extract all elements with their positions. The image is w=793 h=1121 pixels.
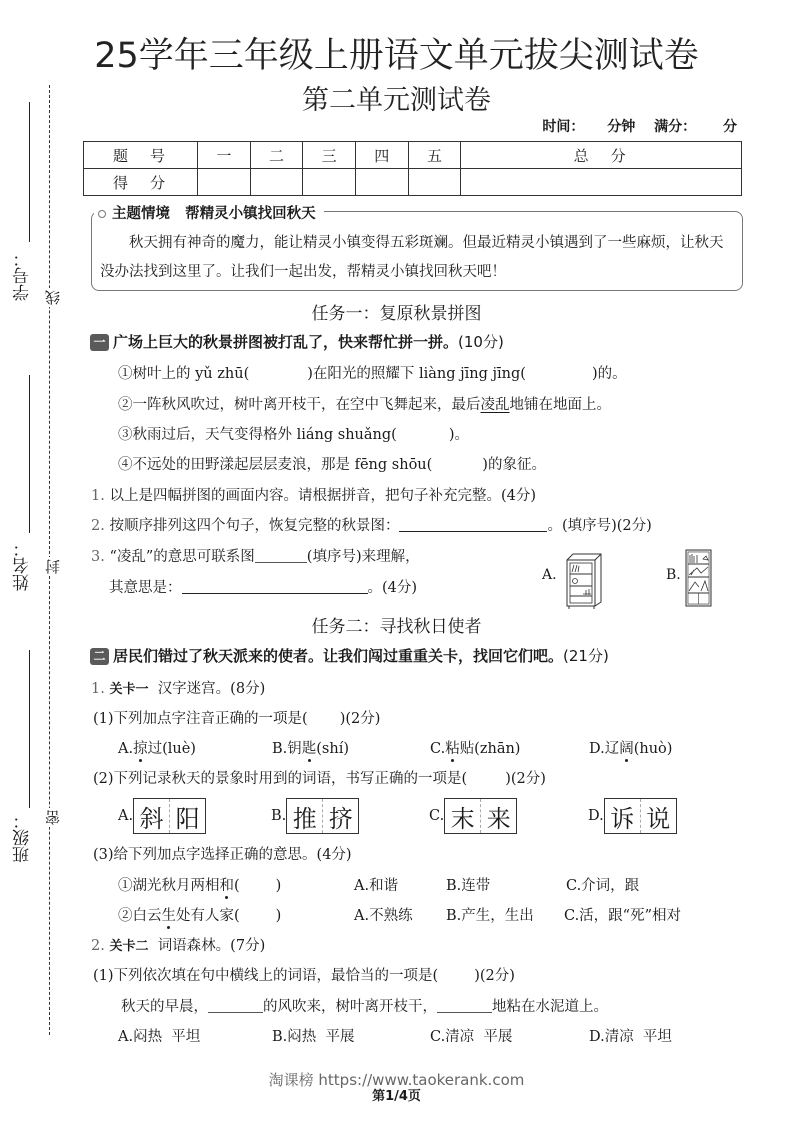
score-cell-5[interactable] [408,169,461,196]
level-1-q1: (1)下列加点字注音正确的一项是()(2分) [93,707,380,728]
level-1-q2-option-a[interactable]: A.斜阳 [118,798,206,834]
seal-char-feng: 封 [42,557,63,576]
question-text: “凌乱”的意思可联系图 [109,549,254,565]
sentence-3: ③秋雨过后，天气变得格外 liáng shuǎng()。 [118,423,469,444]
question-text: 按顺序排列这四个句子，恢复完整的秋景图： [109,518,399,534]
level-2-heading: 2. 关卡二 词语森林。(7分) [91,934,265,955]
question-number: 2. [91,518,105,534]
messy-bookshelf-icon [685,549,712,607]
student-id-field[interactable] [29,102,30,242]
score-unit: 分 [723,119,737,135]
sentence-1: ①树叶上的 yǔ zhū()在阳光的照耀下 liàng jīng jīng()的… [118,362,627,383]
question-text: 其意思是： [109,580,182,596]
q3-item-1-option-b: B.连带 [446,874,490,895]
level-number: 1. [91,681,105,697]
question-tail: )(2分) [340,711,381,727]
question-mid: (填序号)来理解， [307,549,420,565]
section-2-text: 居民们错过了秋天派来的使者。让我们闯过重重关卡，找回它们吧。 [113,647,563,665]
question-tail: 。(填序号)(2分) [547,518,651,534]
level-1-q1-option-d[interactable]: D.辽阔(huò) [589,737,672,758]
name-field[interactable] [29,375,30,533]
score-cell-4[interactable] [355,169,408,196]
question-text: (2)下列记录秋天的景象时用到的词语，书写正确的一项是( [93,771,467,787]
level-1-q3-item-2: ②白云生处有人家() [118,904,281,925]
page-number: 第1/4页 [0,1085,793,1104]
section-1-badge: 一 [90,334,109,351]
sentence-2-part-c: 地铺在地面上。 [510,397,612,413]
sentence-blank-1[interactable] [208,998,263,1013]
q3-item-2-option-a: A.不熟练 [354,904,413,925]
full-score-label: 满分： [654,119,696,135]
level-2-q1-option-a[interactable]: A.闷热 平坦 [118,1025,200,1046]
question-tail: )(2分) [474,968,515,984]
score-cell-total[interactable] [461,169,742,196]
page-subtitle: 第二单元测试卷 [0,78,793,117]
section-1-heading: 一广场上巨大的秋景拼图被打乱了，快来帮忙拼一拼。(10分) [90,331,504,352]
level-name: 关卡二 [109,939,148,954]
q3-item-1-option-c: C.介词，跟 [566,874,639,895]
score-cell-1[interactable] [198,169,251,196]
sentence-blank-2[interactable] [437,998,492,1013]
level-name: 关卡一 [109,682,148,697]
level-2-q1-option-d[interactable]: D.清凉 平坦 [589,1025,672,1046]
level-1-q3-item-1: ①湖光秋月两相和() [118,874,281,895]
col-4: 四 [355,142,408,169]
scenario-heading: 帮精灵小镇找回秋天 [185,206,316,222]
image-a-label: A. [542,567,557,583]
question-text: (1)下列依次填在句中横线上的词语，最恰当的一项是( [93,968,438,984]
sentence-4-part-a: ④不远处的田野漾起层层麦浪，那是 fēng shōu( [118,457,432,473]
level-1-q1-option-c[interactable]: C.粘贴(zhān) [430,737,520,758]
level-2-q1-option-b[interactable]: B.闷热 平展 [272,1025,354,1046]
sentence-2-part-a: ②一阵秋风吹过，树叶离开枝干，在空中飞舞起来，最后 [118,397,481,413]
scenario-label: 主题情境 [112,206,170,222]
question-text: 以上是四幅拼图的画面内容。请根据拼音，把句子补充完整。(4分) [109,488,536,504]
neat-bookshelf-icon [564,552,604,610]
scenario-title: 主题情境 帮精灵小镇找回秋天 [94,202,324,223]
col-5: 五 [408,142,461,169]
page-title: 25学年三年级上册语文单元拔尖测试卷 [0,28,793,78]
question-tail: )(2分) [505,771,546,787]
question-1-3-line2: 其意思是：。(4分) [109,576,417,597]
level-2-q1-option-c[interactable]: C.清凉 平展 [430,1025,512,1046]
col-2: 二 [250,142,303,169]
question-text: (1)下列加点字注音正确的一项是( [93,711,308,727]
level-text: 词语森林。(7分) [158,938,266,954]
section-2-badge: 二 [90,648,109,665]
level-2-q1: (1)下列依次填在句中横线上的词语，最恰当的一项是()(2分) [93,964,515,985]
score-table: 题号 一 二 三 四 五 总分 得分 [83,141,742,196]
question-tail: 。(4分) [368,580,418,596]
level-2-q1-sentence: 秋天的早晨，的风吹来，树叶离开枝干，地粘在水泥道上。 [121,995,608,1016]
score-table-header-row: 题号 一 二 三 四 五 总分 [84,142,742,169]
section-2-heading: 二居民们错过了秋天派来的使者。让我们闯过重重关卡，找回它们吧。(21分) [90,645,609,666]
sentence-3-part-a: ③秋雨过后，天气变得格外 liáng shuǎng( [118,427,397,443]
section-1-score: (10分) [458,333,504,351]
answer-blank-order[interactable] [399,517,547,532]
section-1-text: 广场上巨大的秋景拼图被打乱了，快来帮忙拼一拼。 [113,333,458,351]
sentence-2: ②一阵秋风吹过，树叶离开枝干，在空中飞舞起来，最后凌乱地铺在地面上。 [118,393,611,414]
underlined-word: 凌乱 [481,397,510,413]
sentence-3-part-c: )。 [449,427,469,443]
name-label: 姓名： [10,540,35,591]
q3-item-2-option-b: B.产生，生出 [446,904,534,925]
level-1-q3: (3)给下列加点字选择正确的意思。(4分) [93,843,352,864]
answer-blank-image[interactable] [255,548,307,563]
class-label: 班级： [10,812,35,863]
level-1-heading: 1. 关卡一 汉字迷宫。(8分) [91,677,265,698]
task1-title: 任务一：复原秋景拼图 [0,299,793,324]
sentence-4-part-c: )的象征。 [482,457,546,473]
q3-item-1-option-a: A.和谐 [354,874,398,895]
question-1-3: 3. “凌乱”的意思可联系图(填序号)来理解， [91,545,420,566]
student-id-label: 学号： [10,250,35,301]
class-field[interactable] [29,650,30,808]
image-b-label: B. [666,567,681,583]
col-3: 三 [303,142,356,169]
seal-char-mi: 密 [42,808,63,827]
level-1-q1-option-b[interactable]: B.钥匙(shí) [272,737,349,758]
sentence-1-part-c: )的。 [592,366,627,382]
q3-item-2-option-c: C.活，跟“死”相对 [564,904,681,925]
sentence-4: ④不远处的田野漾起层层麦浪，那是 fēng shōu()的象征。 [118,453,546,474]
task2-title: 任务二：寻找秋日使者 [0,612,793,637]
question-number: 1. [91,488,105,504]
time-label: 时间： [542,119,584,135]
score-cell-2[interactable] [250,169,303,196]
row-label-question-no: 题号 [84,142,198,169]
question-1-2: 2. 按顺序排列这四个句子，恢复完整的秋景图：。(填序号)(2分) [91,514,652,535]
row-label-score: 得分 [84,169,198,196]
level-text: 汉字迷宫。(8分) [158,681,266,697]
exam-meta: 时间： 分钟 满分： 分 [528,116,737,136]
sentence-1-part-a: ①树叶上的 yǔ zhū( [118,366,249,382]
score-table-score-row: 得分 [84,169,742,196]
scenario-text: 秋天拥有神奇的魔力，能让精灵小镇变得五彩斑斓。但最近精灵小镇遇到了一些麻烦，让秋… [100,229,730,287]
level-1-q2-option-c[interactable]: C.末来 [429,798,517,834]
score-cell-3[interactable] [303,169,356,196]
section-2-score: (21分) [563,647,609,665]
question-number: 3. [91,549,105,565]
level-1-q2-option-d[interactable]: D.诉说 [588,798,677,834]
answer-blank-meaning[interactable] [182,579,368,594]
col-1: 一 [198,142,251,169]
level-1-q2-option-b[interactable]: B.推挤 [271,798,359,834]
question-1-1: 1. 以上是四幅拼图的画面内容。请根据拼音，把句子补充完整。(4分) [91,484,536,505]
col-total: 总分 [461,142,742,169]
level-1-q2: (2)下列记录秋天的景象时用到的词语，书写正确的一项是()(2分) [93,767,546,788]
level-number: 2. [91,938,105,954]
level-1-q1-option-a[interactable]: A.掠过(luè) [118,737,196,758]
time-unit: 分钟 [607,119,635,135]
circle-icon [98,210,106,218]
sentence-1-part-b: )在阳光的照耀下 liàng jīng jīng( [307,366,526,382]
